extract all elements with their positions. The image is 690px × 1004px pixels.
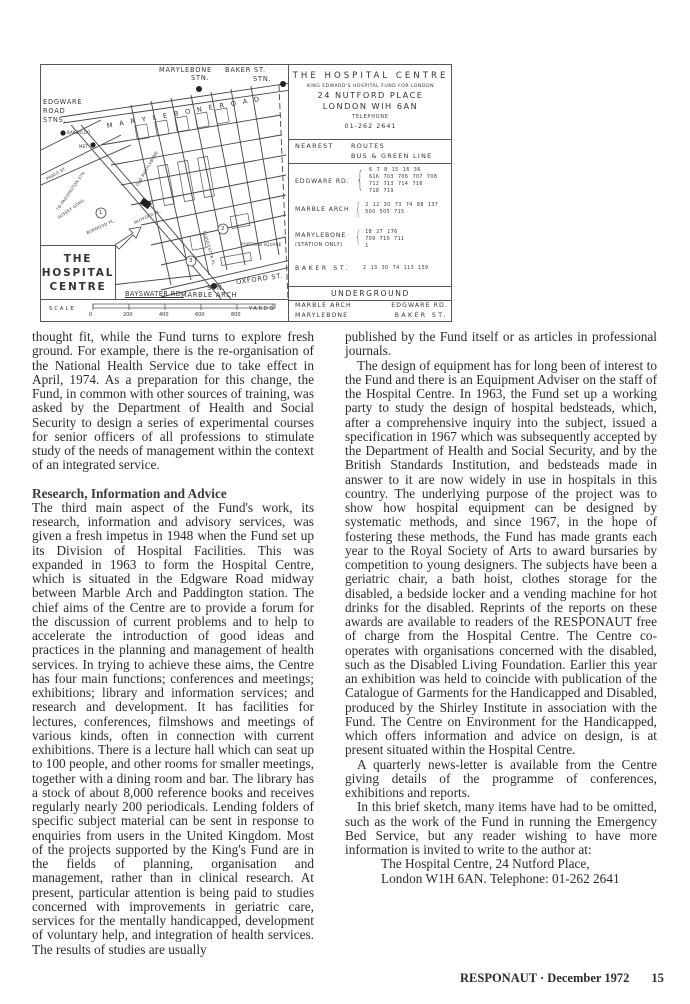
hospital-building-marker bbox=[140, 198, 152, 209]
map-title-line-1: THE bbox=[64, 252, 93, 266]
route-line: 2 13 30 74 113 159 bbox=[363, 265, 429, 272]
brace-icon: { bbox=[356, 229, 361, 245]
route-line: 616 703 706 707 708 bbox=[369, 174, 437, 181]
scale-tick-200: 200 bbox=[123, 312, 133, 319]
bakerloo-station-dot-icon bbox=[60, 130, 65, 135]
marker-2: 2 bbox=[221, 226, 225, 233]
bus-stop-name: MARYLEBONE (STATION ONLY) bbox=[295, 232, 353, 248]
underground-row: MARYLEBONE BAKER ST. bbox=[289, 311, 452, 321]
label-edgware: EDGWARE bbox=[43, 99, 82, 106]
label-marylebone-stn: STN. bbox=[191, 75, 209, 82]
right-column: published by the Fund itself or as artic… bbox=[345, 330, 657, 886]
bus-stop-name: BAKER ST. bbox=[295, 265, 353, 272]
routes-header: NEAREST ROUTES BUS & GREEN LINE bbox=[289, 141, 452, 163]
left-paragraph-2: The third main aspect of the Fund's work… bbox=[32, 501, 314, 957]
bus-routes-row: BAKER ST. 2 13 30 74 113 159 bbox=[295, 265, 447, 272]
divider bbox=[289, 139, 452, 140]
location-arrow-icon bbox=[115, 227, 141, 249]
left-column: thought fit, while the Fund turns to exp… bbox=[32, 330, 314, 957]
bus-route-numbers: 6 7 8 15 16 36 616 703 706 707 708 712 7… bbox=[369, 167, 437, 195]
contact-address-line-1: The Hospital Centre, 24 Nutford Place, bbox=[381, 857, 657, 871]
bus-stop-note: (STATION ONLY) bbox=[295, 242, 353, 248]
label-bakerloo: BAKERLOO bbox=[67, 129, 90, 136]
right-paragraph-2: The design of equipment has for long bee… bbox=[345, 359, 657, 758]
label-met: MET. bbox=[79, 143, 89, 150]
info-header: THE HOSPITAL CENTRE KING EDWARD'S HOSPIT… bbox=[289, 65, 452, 139]
page-footer: RESPONAUT · December 197215 bbox=[460, 971, 664, 986]
label-baker-st: BAKER ST. bbox=[225, 67, 266, 74]
scale-tick-0: 0 bbox=[89, 312, 92, 319]
bus-route-numbers: 2 12 30 73 74 88 137 500 505 715 bbox=[365, 202, 438, 216]
scale-unit: YARDS bbox=[249, 306, 274, 313]
section-heading: Research, Information and Advice bbox=[32, 487, 314, 501]
bus-stop-name: MARBLE ARCH bbox=[295, 206, 353, 213]
marker-3: 3 bbox=[189, 258, 193, 265]
underground-station: EDGWARE RD. bbox=[391, 301, 448, 311]
brace-icon: { bbox=[357, 170, 364, 192]
bus-routes-row: EDGWARE RD. { 6 7 8 15 16 36 616 703 706… bbox=[295, 167, 447, 195]
info-title: THE HOSPITAL CENTRE bbox=[289, 71, 452, 81]
underground-stations: MARBLE ARCH EDGWARE RD. MARYLEBONE BAKER… bbox=[289, 301, 452, 321]
map-title-line-3: CENTRE bbox=[50, 280, 107, 294]
bus-green-line-label: BUS & GREEN LINE bbox=[351, 152, 433, 160]
right-paragraph-4: In this brief sketch, many items have ha… bbox=[345, 800, 657, 857]
map-scale-bar: SCALE 0 200 400 600 800 YARDS bbox=[41, 299, 288, 322]
route-line: 709 710 711 bbox=[365, 236, 404, 243]
underground-station: MARYLEBONE bbox=[295, 311, 348, 321]
divider bbox=[289, 163, 452, 164]
route-line: 712 713 714 716 bbox=[369, 181, 437, 188]
route-line: 1 bbox=[365, 243, 404, 250]
bus-route-numbers: 18 27 176 709 710 711 1 bbox=[365, 229, 404, 250]
label-marylebone: MARYLEBONE bbox=[159, 67, 212, 74]
underground-row: MARBLE ARCH EDGWARE RD. bbox=[289, 301, 452, 311]
info-address-line-1: 24 NUTFORD PLACE bbox=[289, 90, 452, 100]
right-paragraph-1: published by the Fund itself or as artic… bbox=[345, 330, 657, 359]
info-telephone: 01-262 2641 bbox=[289, 122, 452, 130]
contact-address-line-2: London W1H 6AN. Telephone: 01-262 2641 bbox=[381, 872, 657, 886]
bus-stop-name-text: MARYLEBONE bbox=[295, 232, 346, 239]
route-line: 18 27 176 bbox=[365, 229, 404, 236]
page-number: 15 bbox=[651, 971, 664, 985]
street-map: MARYLEBONE STN. BAKER ST. STN. EDGWARE R… bbox=[41, 65, 288, 299]
publication-name: RESPONAUT · December 1972 bbox=[460, 971, 629, 985]
route-line: 500 505 715 bbox=[365, 209, 438, 216]
bus-route-numbers: 2 13 30 74 113 159 bbox=[363, 265, 429, 272]
bus-stop-name: EDGWARE RD. bbox=[295, 178, 353, 185]
underground-label: UNDERGROUND bbox=[289, 289, 452, 298]
underground-station: BAKER ST. bbox=[395, 311, 448, 321]
scale-tick-800: 800 bbox=[231, 312, 241, 319]
label-road: ROAD bbox=[43, 108, 65, 115]
scale-tick-400: 400 bbox=[159, 312, 169, 319]
info-telephone-label: TELEPHONE bbox=[289, 115, 452, 120]
left-paragraph-1: thought fit, while the Fund turns to exp… bbox=[32, 330, 314, 473]
hospital-centre-figure: MARYLEBONE STN. BAKER ST. STN. EDGWARE R… bbox=[40, 64, 452, 322]
baker-st-station-dot-icon bbox=[280, 81, 286, 87]
divider bbox=[289, 286, 452, 287]
marylebone-station-dot-icon bbox=[196, 86, 202, 92]
underground-station: MARBLE ARCH bbox=[295, 301, 352, 311]
routes-label: ROUTES bbox=[351, 142, 385, 150]
label-marble-arch: MARBLE ARCH bbox=[181, 292, 237, 299]
right-paragraph-3: A quarterly news-letter is available fro… bbox=[345, 758, 657, 801]
route-line: 6 7 8 15 16 36 bbox=[369, 167, 437, 174]
info-panel: THE HOSPITAL CENTRE KING EDWARD'S HOSPIT… bbox=[288, 65, 452, 321]
marker-1: 1 bbox=[99, 210, 103, 217]
info-subtitle: KING EDWARD'S HOSPITAL FUND FOR LONDON bbox=[289, 84, 452, 89]
map-title-line-2: HOSPITAL bbox=[42, 266, 114, 280]
label-stns: STNS. bbox=[43, 117, 66, 124]
route-line: 718 719 bbox=[369, 188, 437, 195]
brace-icon: { bbox=[356, 201, 361, 217]
scale-tick-600: 600 bbox=[195, 312, 205, 319]
label-baker-st-stn: STN. bbox=[253, 76, 271, 83]
info-address-line-2: LONDON WIH 6AN bbox=[289, 101, 452, 111]
bus-routes-row: MARYLEBONE (STATION ONLY) { 18 27 176 70… bbox=[295, 229, 447, 250]
route-line: 2 12 30 73 74 88 137 bbox=[365, 202, 438, 209]
met-station-dot-icon bbox=[90, 142, 95, 147]
label-portman-square: PORTMAN SQUARE bbox=[241, 241, 281, 248]
nearest-label: NEAREST bbox=[295, 142, 334, 150]
map-title-box: THE HOSPITAL CENTRE bbox=[41, 245, 116, 299]
bus-routes-row: MARBLE ARCH { 2 12 30 73 74 88 137 500 5… bbox=[295, 201, 447, 217]
label-bayswater-rd: BAYSWATER RD. bbox=[125, 291, 184, 298]
